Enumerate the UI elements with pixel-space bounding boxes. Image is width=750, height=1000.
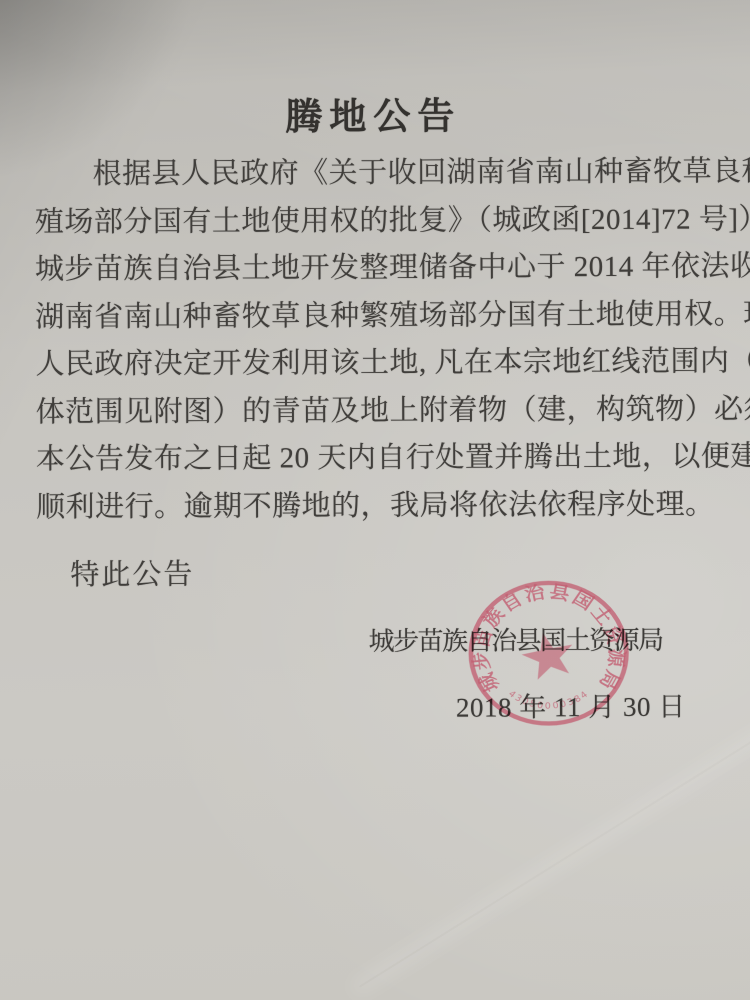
notice-document: 腾地公告 根据县人民政府《关于收回湖南省南山种畜牧草良种繁 殖场部分国有土地使用…: [0, 0, 750, 1000]
body-line: 根据县人民政府《关于收回湖南省南山种畜牧草良种繁: [34, 148, 724, 192]
body-line: 本公告发布之日起 20 天内自行处置并腾出土地，以便建设: [36, 433, 726, 477]
seal-ring-text: 城步苗族自治县国土资源局: [468, 580, 629, 695]
body-line: 城步苗族自治县土地开发整理储备中心于 2014 年依法收回: [35, 243, 725, 287]
closing-line: 特此公告: [70, 552, 194, 594]
body-line: 顺利进行。逾期不腾地的，我局将依法依程序处理。: [36, 481, 726, 525]
seal-star-icon: [518, 628, 579, 682]
svg-text:43050000384: 43050000384: [506, 689, 592, 712]
body-line: 湖南省南山种畜牧草良种繁殖场部分国有土地使用权。现县: [35, 291, 725, 335]
seal-serial-number: 43050000384: [506, 689, 592, 712]
body-line: 殖场部分国有土地使用权的批复》（城政函[2014]72 号]），: [35, 196, 725, 240]
svg-text:城步苗族自治县国土资源局: 城步苗族自治县国土资源局: [468, 580, 629, 695]
official-seal: 城步苗族自治县国土资源局 43050000384: [464, 577, 633, 730]
body-line: 人民政府决定开发利用该土地, 凡在本宗地红线范围内（具: [35, 338, 725, 382]
document-photo: 腾地公告 根据县人民政府《关于收回湖南省南山种畜牧草良种繁 殖场部分国有土地使用…: [0, 0, 750, 1000]
body-line: 体范围见附图）的青苗及地上附着物（建，构筑物）必须在: [36, 386, 726, 430]
page-title: 腾地公告: [0, 84, 748, 141]
